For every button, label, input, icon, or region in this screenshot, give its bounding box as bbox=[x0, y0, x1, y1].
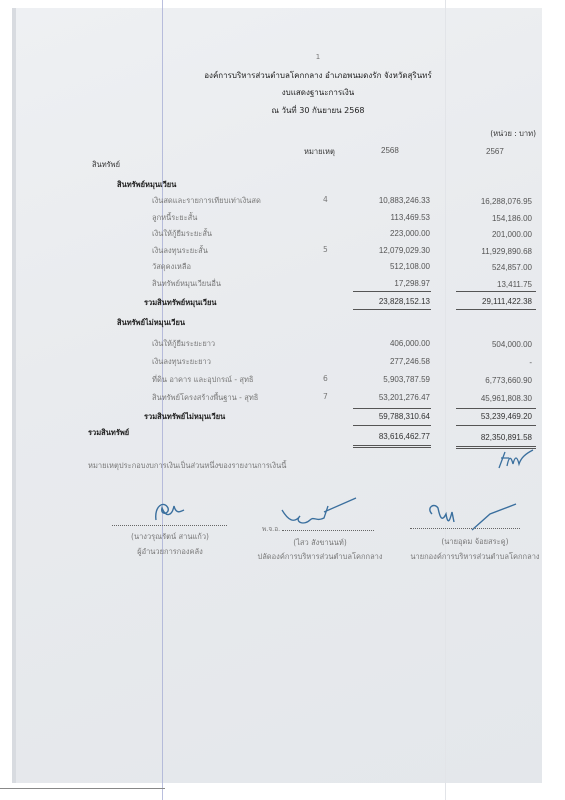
unit-label: (หน่วย : บาท) bbox=[440, 128, 536, 140]
table-row-label: เงินสดและรายการเทียบเท่าเงินสด bbox=[152, 195, 261, 207]
noncurrent-assets-total-label: รวมสินทรัพย์ไม่หมุนเวียน bbox=[144, 411, 225, 423]
total-rule bbox=[456, 309, 536, 310]
signature-line bbox=[282, 530, 374, 531]
column-header-2567: 2567 bbox=[486, 147, 504, 156]
signatory-1-position: ผู้อำนวยการกองคลัง bbox=[100, 546, 240, 558]
table-row-label: เงินลงทุนระยะสั้น bbox=[152, 245, 208, 257]
table-row-label: เงินให้กู้ยืมระยะยาว bbox=[152, 338, 215, 350]
statement-title: งบแสดงฐานะการเงิน bbox=[0, 86, 565, 99]
subtotal-rule bbox=[353, 408, 431, 409]
current-assets-total-2567: 29,111,422.38 bbox=[440, 297, 532, 306]
noncurrent-assets-heading: สินทรัพย์ไม่หมุนเวียน bbox=[117, 317, 185, 329]
total-assets-label: รวมสินทรัพย์ bbox=[88, 427, 129, 439]
signature-line bbox=[112, 525, 227, 526]
table-row-value-2568: 223,000.00 bbox=[340, 229, 430, 238]
signatory-3-name: (นายอุดม จ้อยสระคู) bbox=[400, 536, 550, 548]
signatory-1-name: (นางวรุณรัตน์ สานแก้ว) bbox=[100, 531, 240, 543]
subtotal-rule bbox=[456, 408, 536, 409]
current-assets-total-label: รวมสินทรัพย์หมุนเวียน bbox=[144, 297, 217, 309]
table-row-label: เงินให้กู้ยืมระยะสั้น bbox=[152, 228, 212, 240]
table-row-label: วัสดุคงเหลือ bbox=[152, 261, 191, 273]
total-assets-2568: 83,616,462.77 bbox=[340, 432, 430, 441]
table-row-value-2568: 406,000.00 bbox=[340, 339, 430, 348]
table-row-note: 5 bbox=[323, 245, 328, 254]
total-assets-2567: 82,350,891.58 bbox=[440, 433, 532, 442]
table-row-label: ที่ดิน อาคาร และอุปกรณ์ - สุทธิ bbox=[152, 374, 254, 386]
table-row-value-2567: 45,961,808.30 bbox=[440, 394, 532, 403]
noncurrent-assets-total-2568: 59,788,310.64 bbox=[340, 412, 430, 421]
table-row-value-2568: 10,883,246.33 bbox=[340, 196, 430, 205]
table-row-note: 6 bbox=[323, 374, 328, 383]
current-assets-total-2568: 23,828,152.13 bbox=[340, 297, 430, 306]
section-assets: สินทรัพย์ bbox=[92, 159, 120, 171]
table-row-value-2567: 154,186.00 bbox=[440, 214, 532, 223]
subtotal-rule bbox=[353, 291, 431, 292]
table-row-value-2567: 504,000.00 bbox=[440, 340, 532, 349]
table-row-value-2567: - bbox=[440, 358, 532, 367]
footnote: หมายเหตุประกอบงบการเงินเป็นส่วนหนึ่งของร… bbox=[88, 460, 286, 472]
table-row-value-2568: 512,108.00 bbox=[340, 262, 430, 271]
organization-name: องค์การบริหารส่วนตำบลโคกกลาง อำเภอพนมดงร… bbox=[0, 69, 565, 82]
table-row-note: 4 bbox=[323, 195, 328, 204]
table-row-value-2568: 53,201,276.47 bbox=[340, 393, 430, 402]
table-row-value-2568: 12,079,029.30 bbox=[340, 246, 430, 255]
table-row-note: 7 bbox=[323, 392, 328, 401]
signatory-2-position: ปลัดองค์การบริหารส่วนตำบลโคกกลาง bbox=[250, 551, 390, 563]
signature-line bbox=[410, 528, 520, 529]
table-row-value-2567: 13,411.75 bbox=[440, 280, 532, 289]
page-edge bbox=[12, 8, 16, 783]
table-row-value-2567: 201,000.00 bbox=[440, 230, 532, 239]
double-rule bbox=[353, 445, 431, 446]
signatory-3-position: นายกองค์การบริหารส่วนตำบลโคกกลาง bbox=[395, 551, 555, 563]
table-row-label: สินทรัพย์หมุนเวียนอื่น bbox=[152, 278, 221, 290]
table-row-value-2568: 113,469.53 bbox=[340, 213, 430, 222]
subtotal-rule bbox=[353, 425, 431, 426]
table-row-label: ลูกหนี้ระยะสั้น bbox=[152, 212, 197, 224]
page-number: 1 bbox=[0, 53, 565, 61]
table-row-value-2567: 16,288,076.95 bbox=[440, 197, 532, 206]
current-assets-heading: สินทรัพย์หมุนเวียน bbox=[117, 179, 176, 191]
double-rule bbox=[353, 447, 431, 448]
page-bottom-edge bbox=[0, 788, 165, 789]
table-row-value-2567: 524,857.00 bbox=[440, 263, 532, 272]
table-row-value-2567: 6,773,660.90 bbox=[440, 376, 532, 385]
initials-signature-icon bbox=[495, 448, 537, 472]
total-rule bbox=[353, 309, 431, 310]
table-row-label: เงินลงทุนระยะยาว bbox=[152, 356, 211, 368]
statement-date: ณ วันที่ 30 กันยายน 2568 bbox=[0, 104, 565, 117]
table-row-value-2568: 5,903,787.59 bbox=[340, 375, 430, 384]
subtotal-rule bbox=[456, 425, 536, 426]
signatory-2-rank: พ.จ.อ. bbox=[262, 524, 280, 534]
signature-icon bbox=[280, 496, 360, 530]
noncurrent-assets-total-2567: 53,239,469.20 bbox=[440, 412, 532, 421]
double-rule bbox=[456, 446, 536, 447]
table-row-value-2568: 277,246.58 bbox=[340, 357, 430, 366]
signature-icon bbox=[150, 496, 190, 526]
column-header-note: หมายเหตุ bbox=[304, 146, 335, 158]
column-header-2568: 2568 bbox=[381, 146, 399, 155]
table-row-value-2567: 11,929,890.68 bbox=[440, 247, 532, 256]
subtotal-rule bbox=[456, 291, 536, 292]
signatory-2-name: (ไสว สังขานนท์) bbox=[250, 537, 390, 549]
table-row-label: สินทรัพย์โครงสร้างพื้นฐาน - สุทธิ bbox=[152, 392, 258, 404]
table-row-value-2568: 17,298.97 bbox=[340, 279, 430, 288]
